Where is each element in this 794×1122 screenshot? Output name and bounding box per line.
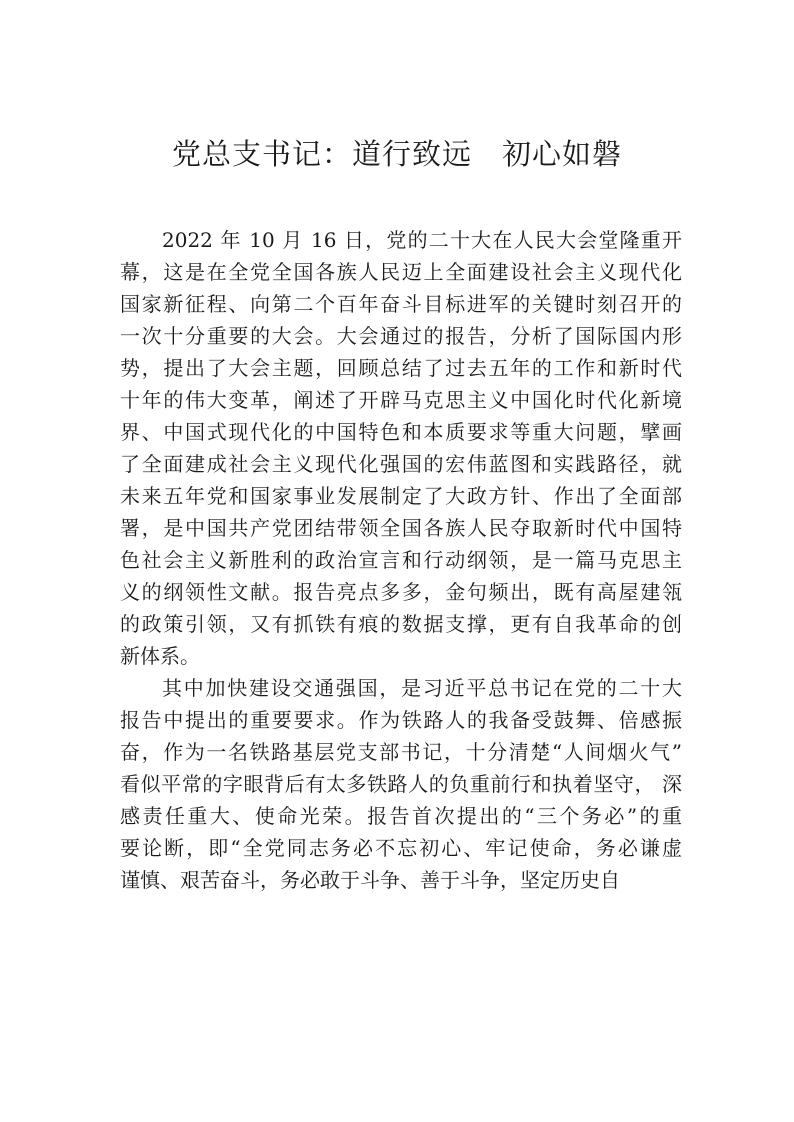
paragraph-1-line-8: 了全面建成社会主义现代化强国的宏伟蓝图和实践路径，就 xyxy=(120,448,682,480)
paragraph-1-line-6: 十年的伟大变革，阐述了开辟马克思主义中国化时代化新境 xyxy=(120,384,682,416)
paragraph-2-line-7: 谨慎、艰苦奋斗，务必敢于斗争、善于斗争，坚定历史自 xyxy=(120,864,682,896)
paragraph-1-line-12: 义的纲领性文献。报告亮点多多，金句频出，既有高屋建瓴 xyxy=(120,576,682,608)
paragraph-2-line-5: 感责任重大、使命光荣。报告首次提出的“三个务必”的重 xyxy=(120,800,682,832)
paragraph-2-line-1: 其中加快建设交通强国，是习近平总书记在党的二十大 xyxy=(162,672,682,704)
paragraph-2-line-4: 看似平常的字眼背后有太多铁路人的负重前行和执着坚守， 深 xyxy=(120,768,682,800)
paragraph-1-line-5: 势，提出了大会主题，回顾总结了过去五年的工作和新时代 xyxy=(120,352,682,384)
paragraph-1-line-13: 的政策引领，又有抓铁有痕的数据支撑，更有自我革命的创 xyxy=(120,608,682,640)
paragraph-1-line-9: 未来五年党和国家事业发展制定了大政方针、作出了全面部 xyxy=(120,480,682,512)
paragraph-2-line-3: 奋，作为一名铁路基层党支部书记，十分清楚“人间烟火气” xyxy=(120,736,682,768)
document-title: 党总支书记：道行致远 初心如磐 xyxy=(0,132,794,173)
paragraph-2-line-6: 要论断，即“全党同志务必不忘初心、牢记使命，务必谦虚 xyxy=(120,832,682,864)
paragraph-1-line-3: 国家新征程、向第二个百年奋斗目标进军的关键时刻召开的 xyxy=(120,288,682,320)
paragraph-1-line-14: 新体系。 xyxy=(120,640,682,672)
paragraph-1-line-7: 界、中国式现代化的中国特色和本质要求等重大问题，擘画 xyxy=(120,416,682,448)
paragraph-1-line-1: 2022 年 10 月 16 日，党的二十大在人民大会堂隆重开 xyxy=(162,224,682,256)
document-page: 党总支书记：道行致远 初心如磐 2022 年 10 月 16 日，党的二十大在人… xyxy=(0,0,794,1122)
paragraph-2-line-2: 报告中提出的重要要求。作为铁路人的我备受鼓舞、倍感振 xyxy=(120,704,682,736)
paragraph-1-line-11: 色社会主义新胜利的政治宣言和行动纲领，是一篇马克思主 xyxy=(120,544,682,576)
paragraph-1-line-10: 署，是中国共产党团结带领全国各族人民夺取新时代中国特 xyxy=(120,512,682,544)
paragraph-1-line-4: 一次十分重要的大会。大会通过的报告，分析了国际国内形 xyxy=(120,320,682,352)
paragraph-1-line-2: 幕，这是在全党全国各族人民迈上全面建设社会主义现代化 xyxy=(120,256,682,288)
